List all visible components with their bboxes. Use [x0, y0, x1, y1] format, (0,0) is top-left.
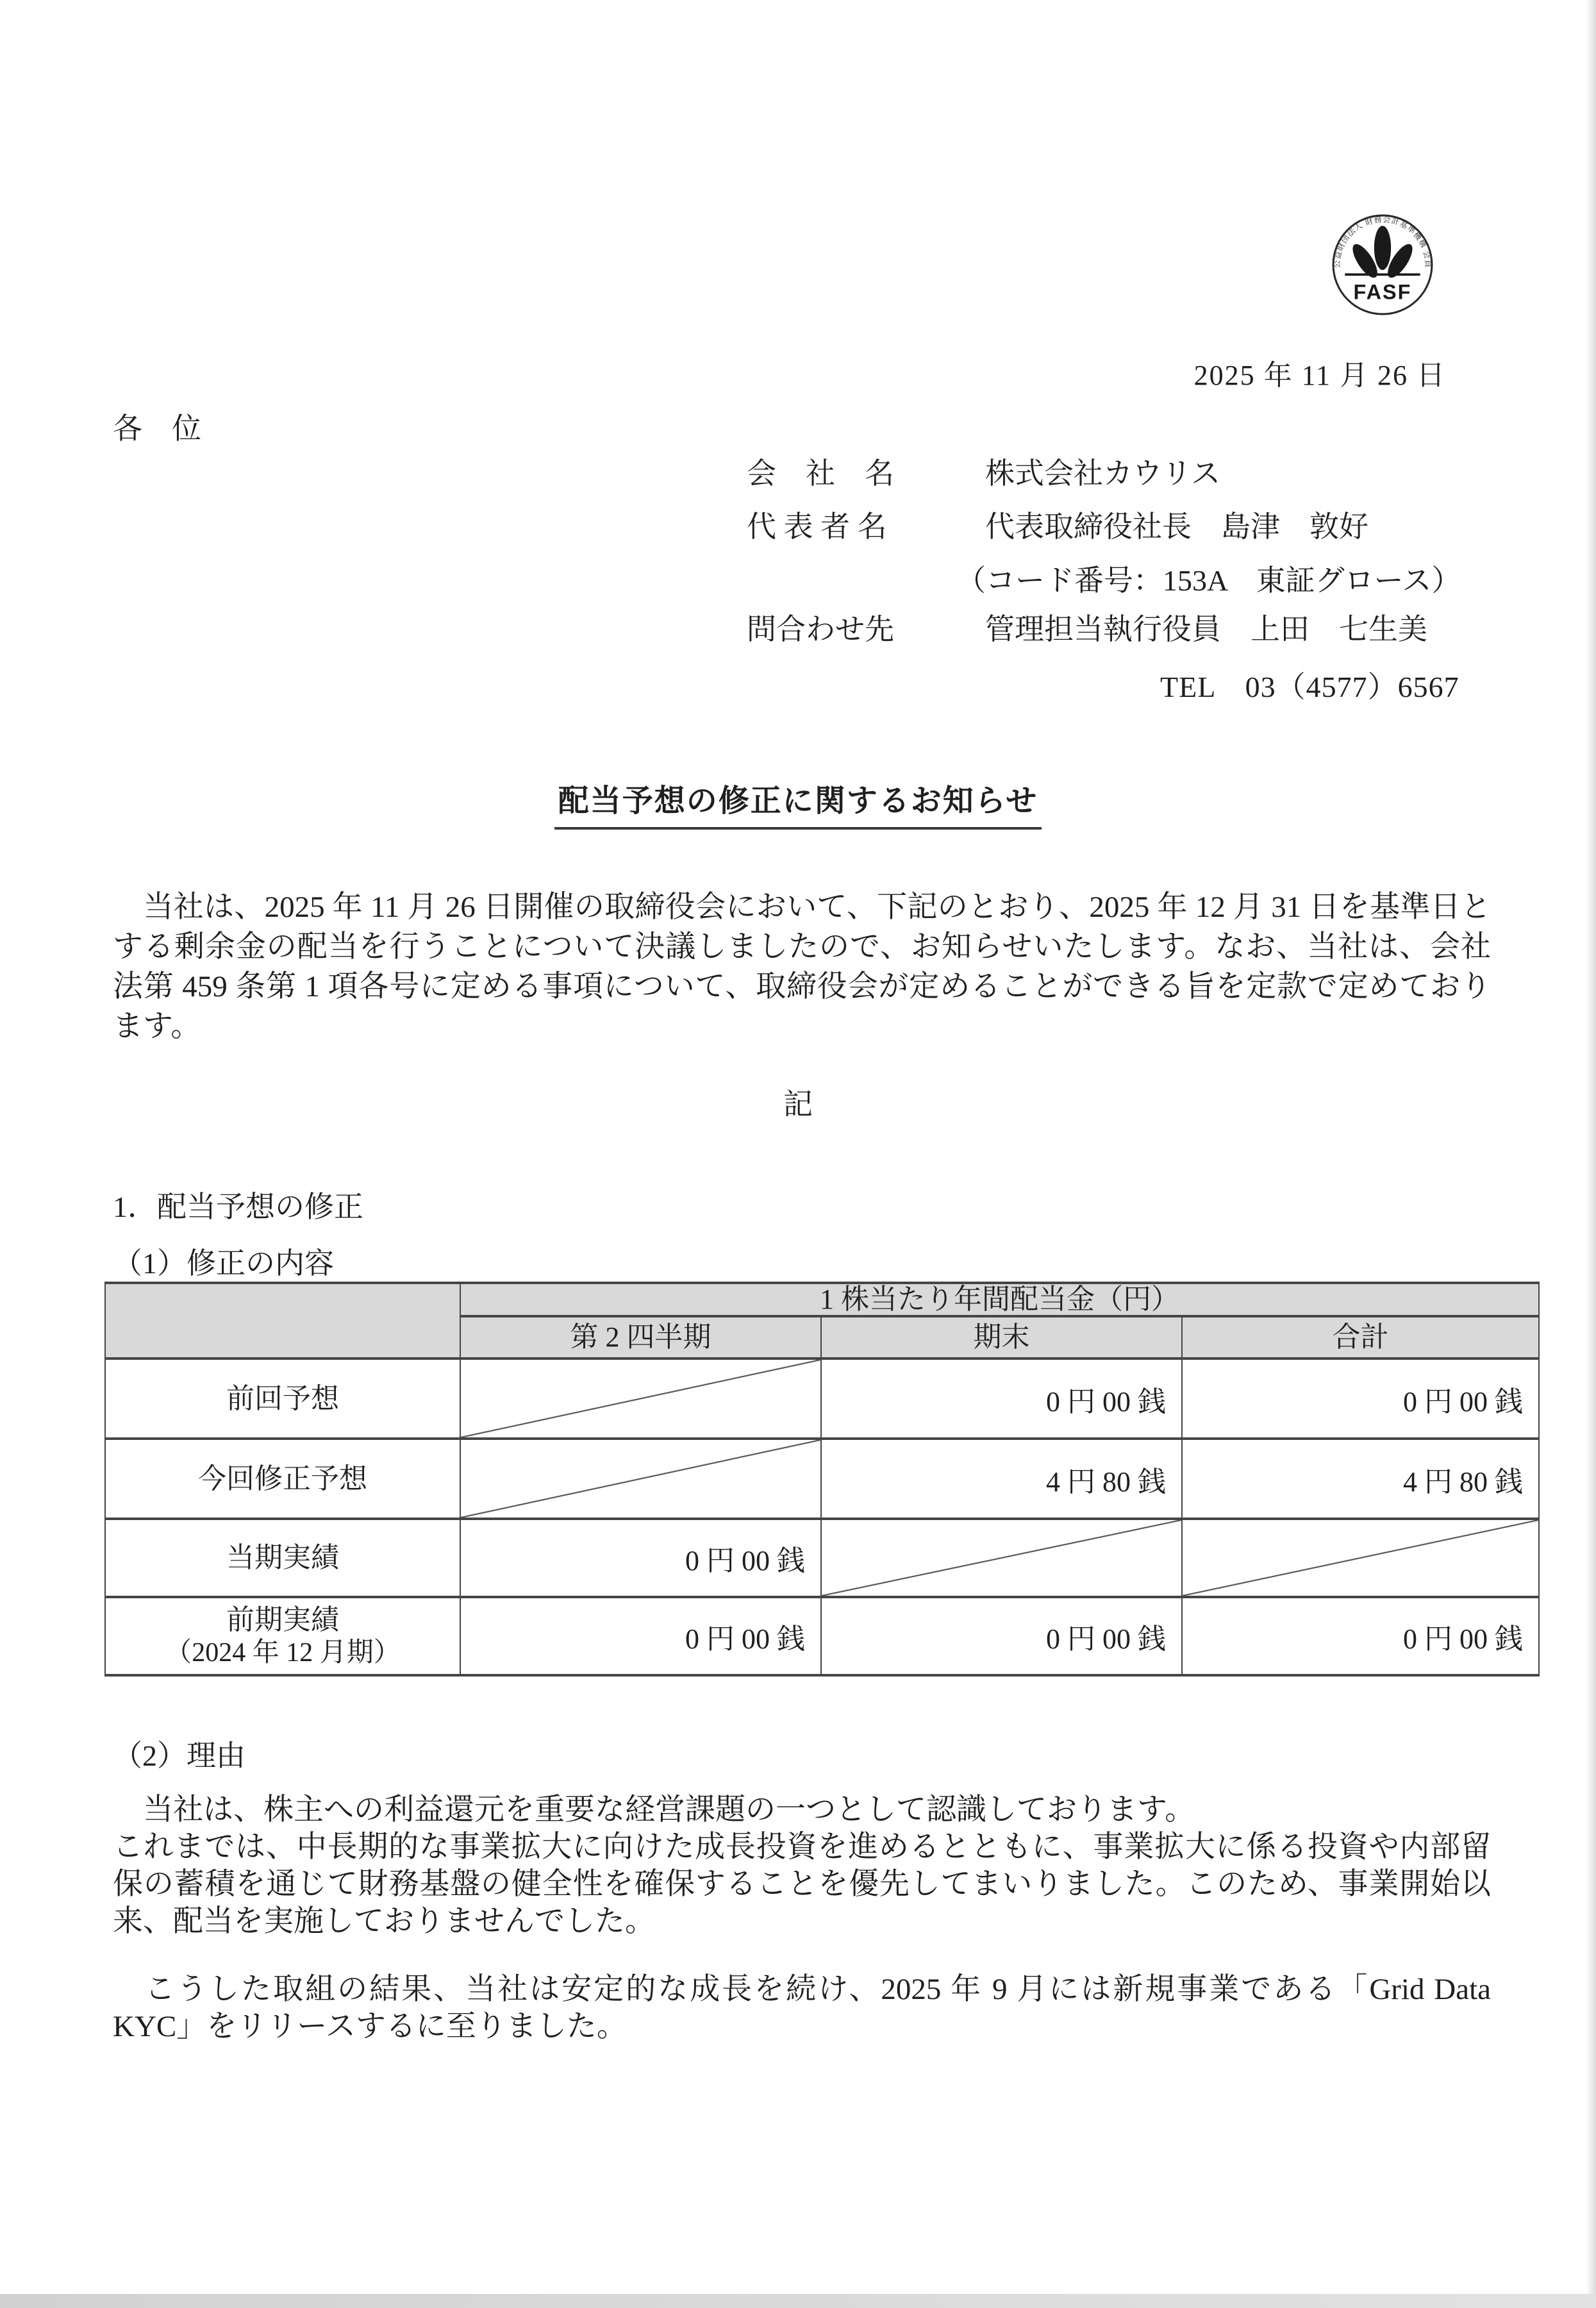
diagonal-line-icon: [1183, 1520, 1538, 1596]
cell-total: 0 円 00 銭: [1182, 1359, 1539, 1439]
table-group-header: 1 株当たり年間配当金（円）: [460, 1283, 1539, 1316]
sender-value: 代表取締役社長 島津 敦好: [985, 510, 1368, 544]
col-header-total: 合計: [1182, 1316, 1539, 1359]
table-row-current-results: 当期実績 0 円 00 銭: [105, 1519, 1539, 1597]
cell-value: 0 円 00 銭: [685, 1545, 805, 1576]
cell-year-end: 4 円 80 銭: [821, 1439, 1182, 1519]
row-label-text: 前回予想: [106, 1382, 460, 1416]
sender-value: TEL 03（4577）6567: [1160, 670, 1459, 705]
diagonal-line-icon: [461, 1440, 820, 1518]
sender-label: 問合わせ先: [747, 612, 894, 647]
cell-value: 0 円 00 銭: [1403, 1386, 1523, 1417]
row-label: 今回修正予想: [105, 1439, 460, 1519]
cell-q2: 0 円 00 銭: [460, 1519, 821, 1597]
col-header-q2: 第 2 四半期: [460, 1316, 821, 1359]
reason-paragraph-3: こうした取組の結果、当社は安定的な成長を続け、2025 年 9 月には新規事業で…: [113, 1971, 1491, 2045]
sender-label: 会 社 名: [747, 456, 894, 491]
cell-year-end: 0 円 00 銭: [821, 1359, 1182, 1439]
intro-paragraph: 当社は、2025 年 11 月 26 日開催の取締役会において、下記のとおり、2…: [113, 887, 1491, 1046]
cell-year-end-na: [821, 1519, 1182, 1597]
row-label: 前期実績 （2024 年 12 月期）: [105, 1597, 460, 1675]
scan-edge-bottom: [0, 2294, 1596, 2308]
dividend-table: 1 株当たり年間配当金（円） 第 2 四半期 期末 合計 前回予想 0 円 00…: [104, 1282, 1540, 1677]
table-corner-cell: [105, 1283, 460, 1359]
table-row-revised-forecast: 今回修正予想 4 円 80 銭 4 円 80 銭: [105, 1439, 1539, 1519]
col-header-year-end: 期末: [821, 1316, 1182, 1359]
diagonal-line-icon: [461, 1360, 820, 1437]
cell-q2: 0 円 00 銭: [460, 1597, 821, 1675]
cell-q2-na: [460, 1359, 821, 1439]
seal-acronym: FASF: [1354, 281, 1412, 304]
row-label-text: 前期実績: [106, 1603, 460, 1637]
sender-value: 株式会社カウリス: [985, 456, 1220, 491]
diagonal-line-icon: [822, 1520, 1181, 1596]
cell-value: 4 円 80 銭: [1046, 1466, 1166, 1498]
row-label-sub: （2024 年 12 月期）: [106, 1637, 460, 1669]
title-wrap: 配当予想の修正に関するお知らせ: [0, 783, 1596, 830]
reason-paragraph-1: 当社は、株主への利益還元を重要な経営課題の一つとして認識しております。: [113, 1791, 1491, 1828]
cell-total-na: [1182, 1519, 1539, 1597]
seal-leaf-center: [1374, 226, 1391, 270]
cell-total: 0 円 00 銭: [1182, 1597, 1539, 1675]
section1-heading: 1．配当予想の修正: [113, 1190, 363, 1225]
document-date: 2025 年 11 月 26 日: [0, 359, 1446, 392]
table-row-previous-forecast: 前回予想 0 円 00 銭 0 円 00 銭: [105, 1359, 1539, 1439]
salutation: 各 位: [113, 412, 201, 446]
sender-value: （コード番号：153A 東証グロース）: [956, 564, 1461, 598]
cell-value: 0 円 00 銭: [1046, 1623, 1166, 1655]
fasf-seal-icon: 公益財団法人 財務会計基準機構 会員 FASF: [1331, 212, 1434, 318]
cell-value: 0 円 00 銭: [685, 1623, 805, 1655]
table-row-prior-results: 前期実績 （2024 年 12 月期） 0 円 00 銭 0 円 00 銭 0 …: [105, 1597, 1539, 1675]
row-label-text: 当期実績: [106, 1541, 460, 1575]
scan-edge-right: [1586, 0, 1596, 2308]
document-page: 公益財団法人 財務会計基準機構 会員 FASF 2025 年 11 月 26 日…: [0, 0, 1596, 2308]
reason-block: 当社は、株主への利益還元を重要な経営課題の一つとして認識しております。 これまで…: [113, 1791, 1491, 1940]
page-title: 配当予想の修正に関するお知らせ: [554, 783, 1042, 830]
row-label-text: 今回修正予想: [106, 1462, 460, 1496]
cell-value: 0 円 00 銭: [1046, 1386, 1166, 1417]
sender-value: 管理担当執行役員 上田 七生美: [985, 612, 1427, 647]
cell-value: 4 円 80 銭: [1403, 1466, 1523, 1498]
cell-year-end: 0 円 00 銭: [821, 1597, 1182, 1675]
section1-subheading: （1）修正の内容: [113, 1246, 334, 1281]
row-label: 当期実績: [105, 1519, 460, 1597]
row-label: 前回予想: [105, 1359, 460, 1439]
sender-label: 代 表 者 名: [747, 510, 887, 544]
cell-value: 0 円 00 銭: [1403, 1623, 1523, 1655]
cell-q2-na: [460, 1439, 821, 1519]
cell-total: 4 円 80 銭: [1182, 1439, 1539, 1519]
reason-paragraph-2: これまでは、中長期的な事業拡大に向けた成長投資を進めるとともに、事業拡大に係る投…: [113, 1828, 1491, 1940]
table-group-header-row: 1 株当たり年間配当金（円）: [105, 1283, 1539, 1316]
section2-heading: （2）理由: [113, 1739, 245, 1773]
record-marker: 記: [0, 1087, 1596, 1122]
